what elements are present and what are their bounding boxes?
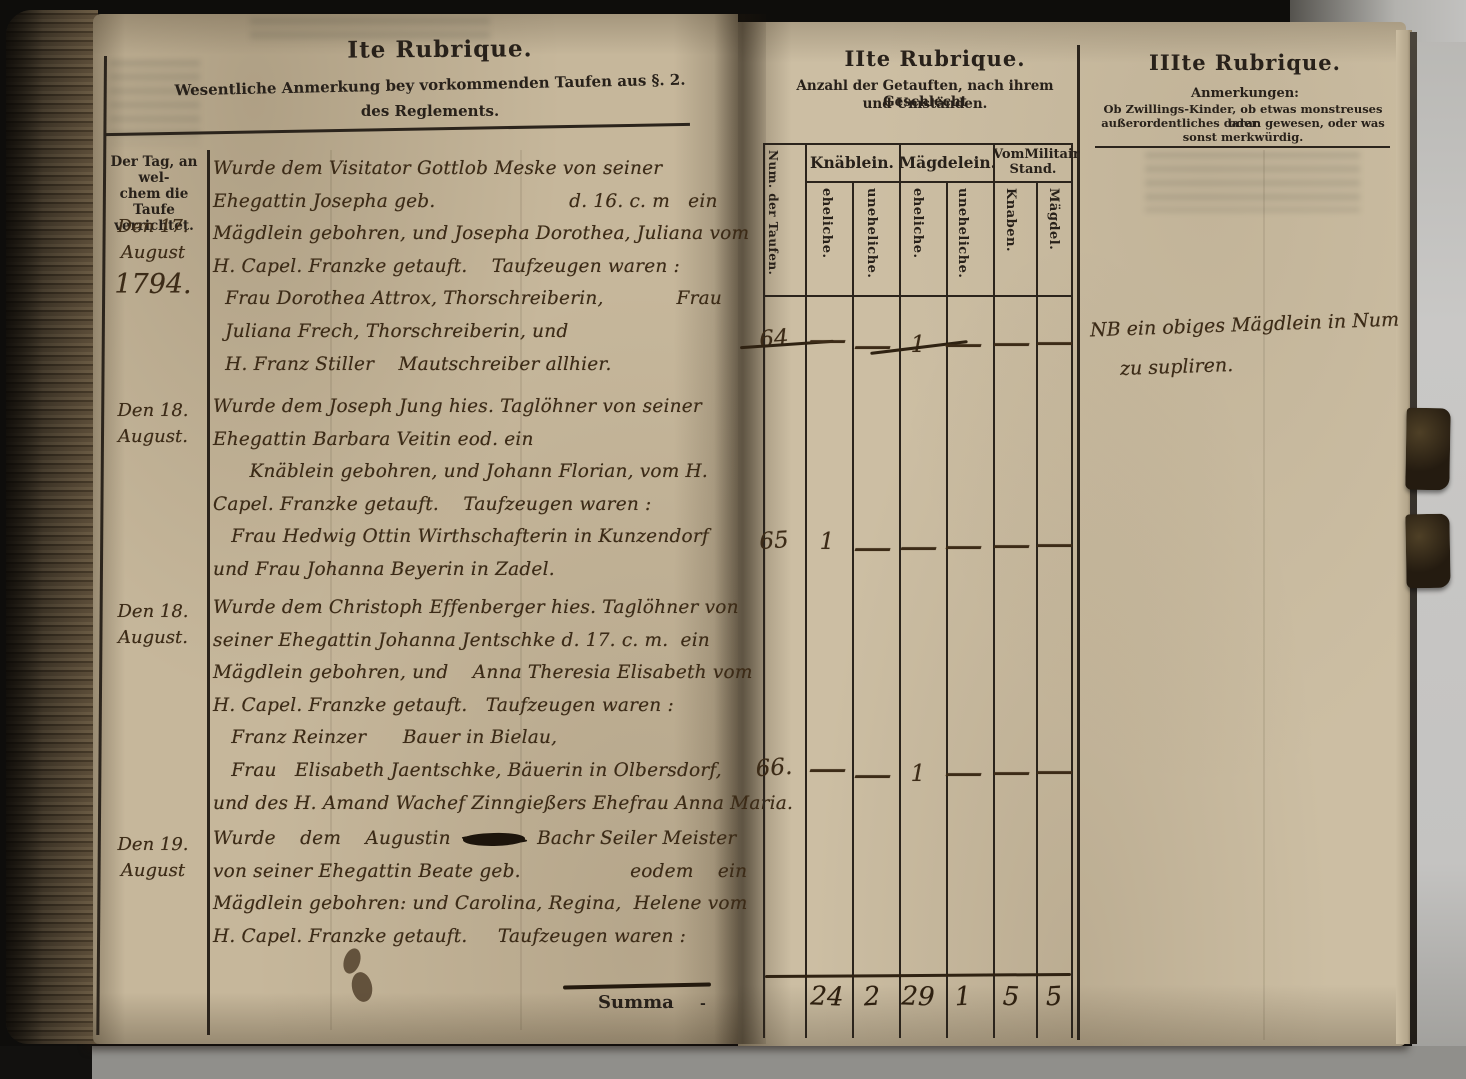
table-row-number: 64 — [753, 325, 795, 354]
tally-dash: — — [991, 330, 1030, 357]
leather-bookmark-tab — [1405, 408, 1450, 491]
tally-dash: — — [991, 759, 1030, 786]
table-subcolumn-label: uneheliche. — [955, 188, 970, 278]
entry-line: Mägdlein gebohren, und Josepha Dorothea,… — [213, 218, 729, 251]
table-group-header: VomMilitairStand. — [993, 147, 1073, 177]
rubrique3-subtitle-3: außerordentliches daran gewesen, oder wa… — [1088, 116, 1398, 130]
summa-value: 2 — [849, 981, 895, 1013]
tally-dash: — — [991, 532, 1030, 559]
table-cell-value: 1 — [896, 761, 940, 787]
tally-dash: — — [1034, 531, 1073, 558]
summa-value: 5 — [988, 981, 1033, 1013]
entry-line: Frau Hedwig Ottin Wirthschafterin in Kun… — [213, 521, 729, 554]
table-cell-value: — — [1032, 758, 1076, 785]
entry-line: Frau Dorothea Attrox, Thorschreiberin, F… — [213, 283, 729, 316]
table-group-header: Mägdelein. — [899, 155, 993, 170]
entry-line: seiner Ehegattin Johanna Jentschke d. 17… — [213, 625, 729, 658]
entry-line: Ehegattin Josepha geb. d. 16. c. m ein — [213, 186, 729, 219]
table-cell-value: — — [941, 331, 985, 358]
table-column-rule — [852, 181, 854, 1038]
rubrique2-subtitle-2: und Umständen. — [775, 96, 1075, 112]
entry-text: Wurde dem Augustin Bachr Seiler Meisterv… — [213, 823, 729, 953]
table-cell-value: — — [1032, 329, 1076, 356]
left-page-subtitle-2: des Reglements. — [250, 102, 610, 120]
table-cell-value: — — [989, 759, 1033, 786]
photo-floor-shadow — [0, 1046, 92, 1079]
entry-date-line: 1794. — [98, 266, 208, 304]
table-group-header: Knäblein. — [805, 155, 899, 170]
table-row-rule — [805, 181, 1073, 183]
leather-bookmark-tab — [1405, 514, 1450, 589]
tally-dash: — — [1034, 329, 1073, 356]
table-cell-value: — — [941, 760, 985, 787]
tally-dash: — — [1034, 758, 1073, 785]
table-row-rule — [763, 295, 1073, 297]
entry-line: Wurde dem Augustin Bachr Seiler Meister — [213, 823, 729, 856]
date-column-header-line: Der Tag, an wel- — [102, 154, 206, 186]
ink-bleed-through — [1145, 152, 1360, 212]
table-cell-value: — — [1032, 531, 1076, 558]
table-subcolumn-label: eheliche. — [910, 188, 925, 259]
summa-value: 29 — [895, 981, 940, 1013]
tally-dash: — — [807, 756, 846, 783]
entry-line: Wurde dem Christoph Effenberger hies. Ta… — [213, 592, 729, 625]
entry-date-line: Den 18. August. — [98, 398, 208, 450]
table-column-rule — [946, 181, 948, 1038]
book-photograph: Ite Rubrique. Wesentliche Anmerkung bey … — [0, 0, 1466, 1079]
summa-value: 24 — [804, 981, 849, 1013]
table-cell-value: — — [941, 533, 985, 560]
table-column-rule — [1071, 143, 1073, 1038]
table-subcolumn-label: eheliche. — [819, 188, 834, 259]
table-cell-value: — — [989, 532, 1033, 559]
tally-dash: — — [943, 760, 982, 787]
photo-floor — [0, 1046, 1466, 1079]
table-row-rule — [763, 143, 1073, 145]
entry-line: Wurde dem Joseph Jung hies. Taglöhner vo… — [213, 391, 729, 424]
table-group-header-line: Knäblein. — [805, 155, 899, 170]
table-cell-value: 1 — [805, 529, 849, 555]
entry-date-line: Den 17. August — [98, 214, 208, 266]
entry-line: Frau Elisabeth Jaentschke, Bäuerin in Ol… — [213, 755, 729, 788]
table-cell-value: — — [850, 762, 894, 789]
rubrique3-subtitle-1: Anmerkungen: — [1105, 86, 1385, 101]
struck-out-word — [463, 831, 525, 846]
entry-line: Ehegattin Barbara Veitin eod. ein — [213, 424, 729, 457]
table-cell-value: — — [805, 756, 849, 783]
table-column-rule — [805, 143, 807, 1038]
table-column-rule — [993, 143, 995, 1038]
tally-dash: — — [943, 533, 982, 560]
entry-date: Den 18. August. — [98, 599, 208, 651]
entry-text: Wurde dem Joseph Jung hies. Taglöhner vo… — [213, 391, 729, 587]
entry-line: Juliana Frech, Thorschreiberin, und — [213, 316, 729, 349]
annotation-line: zu supliren. — [1120, 354, 1234, 380]
entry-line: und Frau Johanna Beyerin in Zadel. — [213, 554, 729, 587]
rubrique2-title: IIte Rubrique. — [790, 46, 1080, 71]
entry-line: Capel. Franzke getauft. Taufzeugen waren… — [213, 489, 729, 522]
entry-line: Franz Reinzer Bauer in Bielau, — [213, 722, 729, 755]
table-subcolumn-label: Mägdel. — [1046, 188, 1061, 250]
table-subcolumn-label: uneheliche. — [864, 188, 879, 278]
rubrique3-title: IIIte Rubrique. — [1105, 50, 1385, 75]
entry-line: und des H. Amand Wachef Zinngießers Ehef… — [213, 788, 729, 821]
entry-date: Den 18. August. — [98, 398, 208, 450]
entry-line: Knäblein gebohren, und Johann Florian, v… — [213, 456, 729, 489]
entry-line: H. Capel. Franzke getauft. Taufzeugen wa… — [213, 690, 729, 723]
entry-text: Wurde dem Visitator Gottlob Meske von se… — [213, 153, 729, 381]
entry-date-line: Den 18. August. — [98, 599, 208, 651]
table-group-header-line: Mägdelein. — [899, 155, 993, 170]
entry-line: H. Capel. Franzke getauft. Taufzeugen wa… — [213, 251, 729, 284]
table-cell-value: — — [850, 333, 894, 360]
table-subcolumn-label: Knaben. — [1003, 188, 1018, 252]
summa-value: 5 — [1031, 981, 1077, 1013]
table-num-column-label: Num. der Taufen. — [766, 150, 780, 275]
summa-dot: - — [700, 996, 706, 1012]
summa-value: 1 — [940, 981, 986, 1013]
table-group-header-line: Stand. — [993, 162, 1073, 177]
page-crease — [1263, 150, 1265, 1040]
table-row-number: 66. — [753, 754, 795, 783]
table-cell-value: — — [989, 330, 1033, 357]
entry-date-line: Den 19. August — [98, 832, 208, 884]
tally-dash: — — [852, 535, 891, 562]
table-column-rule — [763, 143, 765, 1038]
entry-line: H. Capel. Franzke getauft. Taufzeugen wa… — [213, 921, 729, 954]
summa-label: Summa — [598, 992, 674, 1013]
entry-line: Mägdlein gebohren, und Anna Theresia Eli… — [213, 657, 729, 690]
entry-date: Den 17. August1794. — [98, 214, 208, 304]
table-cell-value: — — [896, 534, 940, 561]
entry-text: Wurde dem Christoph Effenberger hies. Ta… — [213, 592, 729, 820]
left-page-title: Ite Rubrique. — [250, 35, 630, 65]
tally-dash: — — [943, 331, 982, 358]
tally-dash: — — [852, 762, 891, 789]
entry-line: Wurde dem Visitator Gottlob Meske von se… — [213, 153, 729, 186]
table-column-rule — [1036, 181, 1038, 1038]
entry-line: Mägdlein gebohren: und Carolina, Regina,… — [213, 888, 729, 921]
tally-dash: — — [898, 534, 937, 561]
left-page-stack-edge — [6, 10, 98, 1044]
table-column-rule — [899, 143, 901, 1038]
entry-date: Den 19. August — [98, 832, 208, 884]
entry-line: H. Franz Stiller Mautschreiber allhier. — [213, 349, 729, 382]
table-cell-value: — — [850, 535, 894, 562]
table-cell-value: — — [805, 327, 849, 354]
tally-dash: — — [852, 333, 891, 360]
table-group-header-line: VomMilitair — [993, 147, 1073, 162]
tally-dash: — — [807, 327, 846, 354]
rubrique-divider-rule — [1077, 45, 1080, 1040]
entry-line: von seiner Ehegattin Beate geb. eodem ei… — [213, 856, 729, 889]
rubrique3-subtitle-4: sonst merkwürdig. — [1088, 130, 1398, 144]
rubrique3-rule — [1095, 146, 1390, 148]
table-row-number: 65 — [753, 527, 795, 556]
